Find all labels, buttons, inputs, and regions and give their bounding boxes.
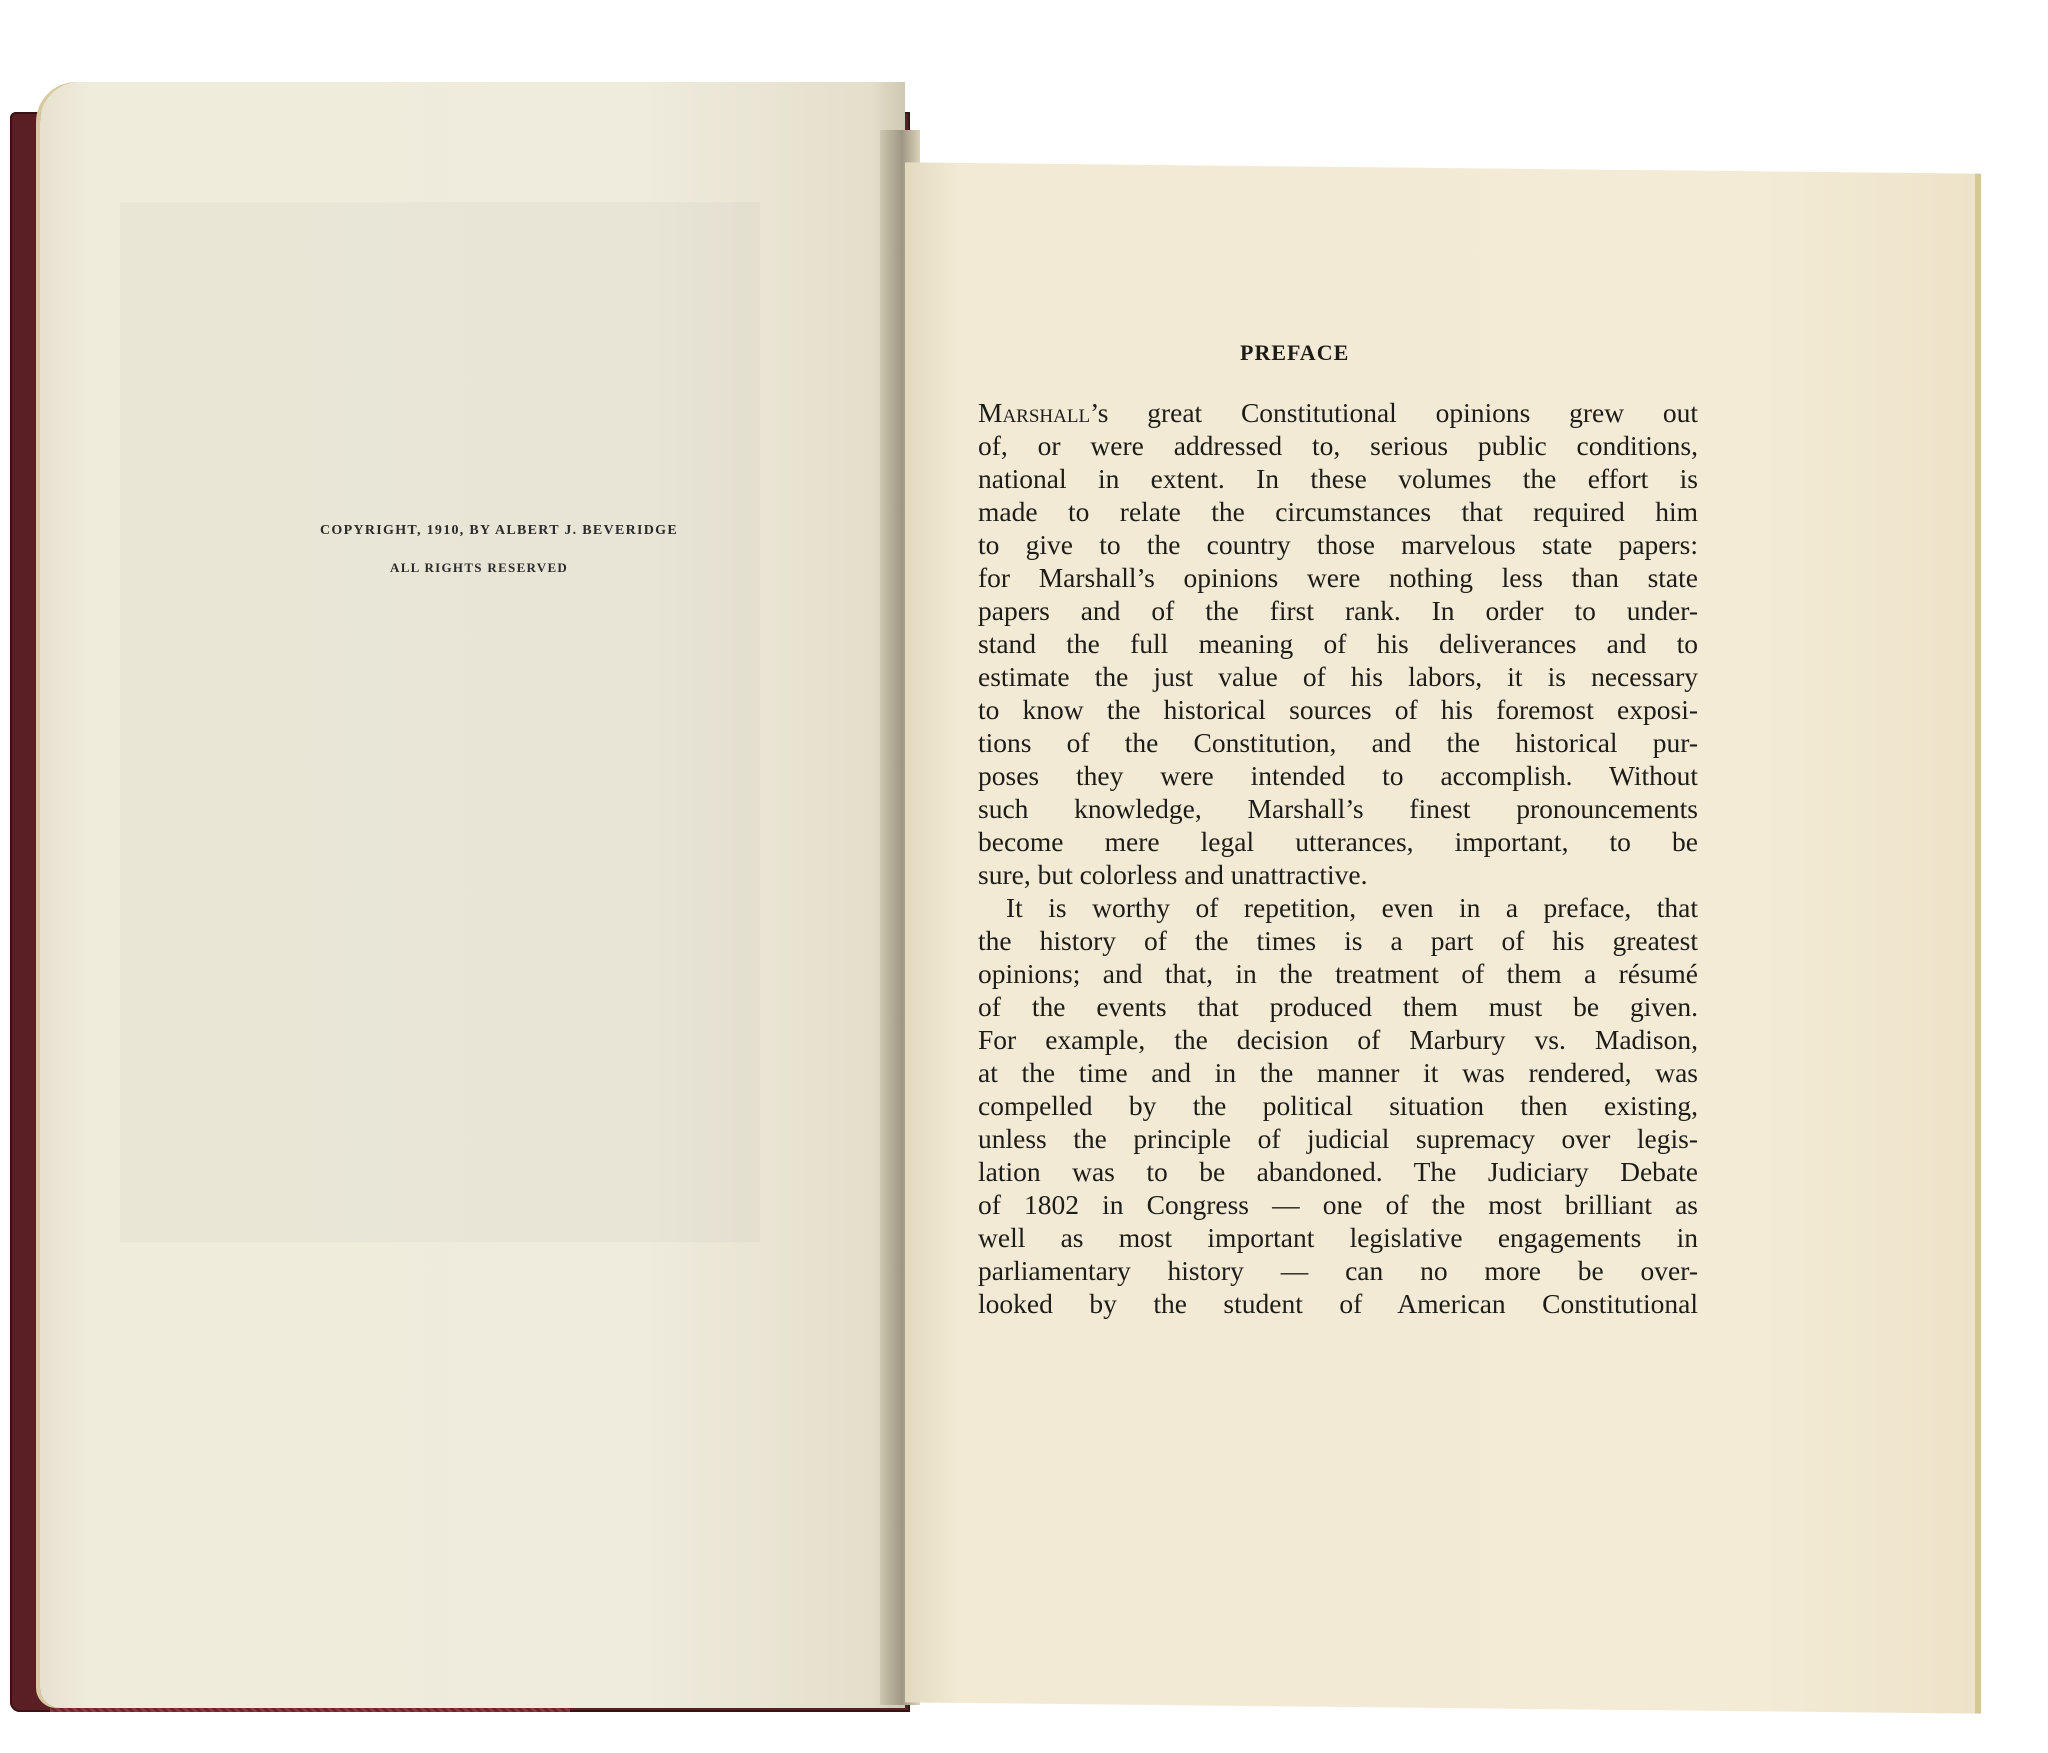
text-line: poses they were intended to accomplish. … [978, 759, 1698, 792]
left-page [40, 82, 905, 1708]
text-line: of 1802 in Congress — one of the most br… [978, 1188, 1698, 1221]
text-line: national in extent. In these volumes the… [978, 462, 1698, 495]
text-line: sure, but colorless and unattractive. [978, 858, 1698, 891]
facing-plate-show-through [120, 202, 760, 1242]
text-line: parliamentary history — can no more be o… [978, 1254, 1698, 1287]
text-line: well as most important legislative engag… [978, 1221, 1698, 1254]
text-line: Marshall’s great Constitutional opinions… [978, 396, 1698, 429]
text-line: estimate the just value of his labors, i… [978, 660, 1698, 693]
rights-reserved-notice: All Rights Reserved [390, 560, 568, 576]
text-line: made to relate the circumstances that re… [978, 495, 1698, 528]
text-line: of, or were addressed to, serious public… [978, 429, 1698, 462]
text-line: tions of the Constitution, and the histo… [978, 726, 1698, 759]
text-line: lation was to be abandoned. The Judiciar… [978, 1155, 1698, 1188]
text-line: For example, the decision of Marbury vs.… [978, 1023, 1698, 1056]
text-line: It is worthy of repetition, even in a pr… [978, 891, 1698, 924]
text-line: stand the full meaning of his deliveranc… [978, 627, 1698, 660]
preface-body: Marshall’s great Constitutional opinions… [978, 396, 1698, 1320]
text-line: looked by the student of American Consti… [978, 1287, 1698, 1320]
copyright-notice: Copyright, 1910, by Albert J. Beveridge [320, 523, 678, 539]
text-line: the history of the times is a part of hi… [978, 924, 1698, 957]
preface-heading: PREFACE [1240, 340, 1349, 366]
text-line: unless the principle of judicial suprema… [978, 1122, 1698, 1155]
text-line: become mere legal utterances, important,… [978, 825, 1698, 858]
text-line: papers and of the first rank. In order t… [978, 594, 1698, 627]
text-line: to give to the country those marvelous s… [978, 528, 1698, 561]
text-line: to know the historical sources of his fo… [978, 693, 1698, 726]
text-line: of the events that produced them must be… [978, 990, 1698, 1023]
text-line: such knowledge, Marshall’s finest pronou… [978, 792, 1698, 825]
text-line: for Marshall’s opinions were nothing les… [978, 561, 1698, 594]
text-line: at the time and in the manner it was ren… [978, 1056, 1698, 1089]
text-line: opinions; and that, in the treatment of … [978, 957, 1698, 990]
text-line: compelled by the political situation the… [978, 1089, 1698, 1122]
